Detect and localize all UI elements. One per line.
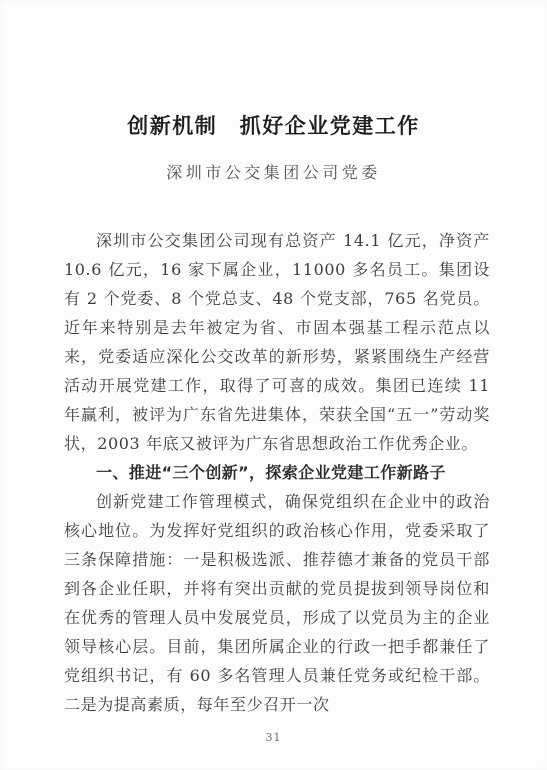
section-heading: 一、推进“三个创新”，探索企业党建工作新路子 [64, 458, 490, 487]
page-number: 31 [0, 731, 547, 744]
document-title: 创新机制 抓好企业党建工作 [0, 0, 547, 140]
paragraph-section-body: 创新党建工作管理模式，确保党组织在企业中的政治核心地位。为发挥好党组织的政治核心… [64, 487, 490, 719]
document-author: 深圳市公交集团公司党委 [0, 160, 547, 183]
paragraph-intro: 深圳市公交集团公司现有总资产 14.1 亿元，净资产 10.6 亿元，16 家下… [64, 226, 490, 458]
document-page: 创新机制 抓好企业党建工作 深圳市公交集团公司党委 深圳市公交集团公司现有总资产… [0, 0, 547, 770]
